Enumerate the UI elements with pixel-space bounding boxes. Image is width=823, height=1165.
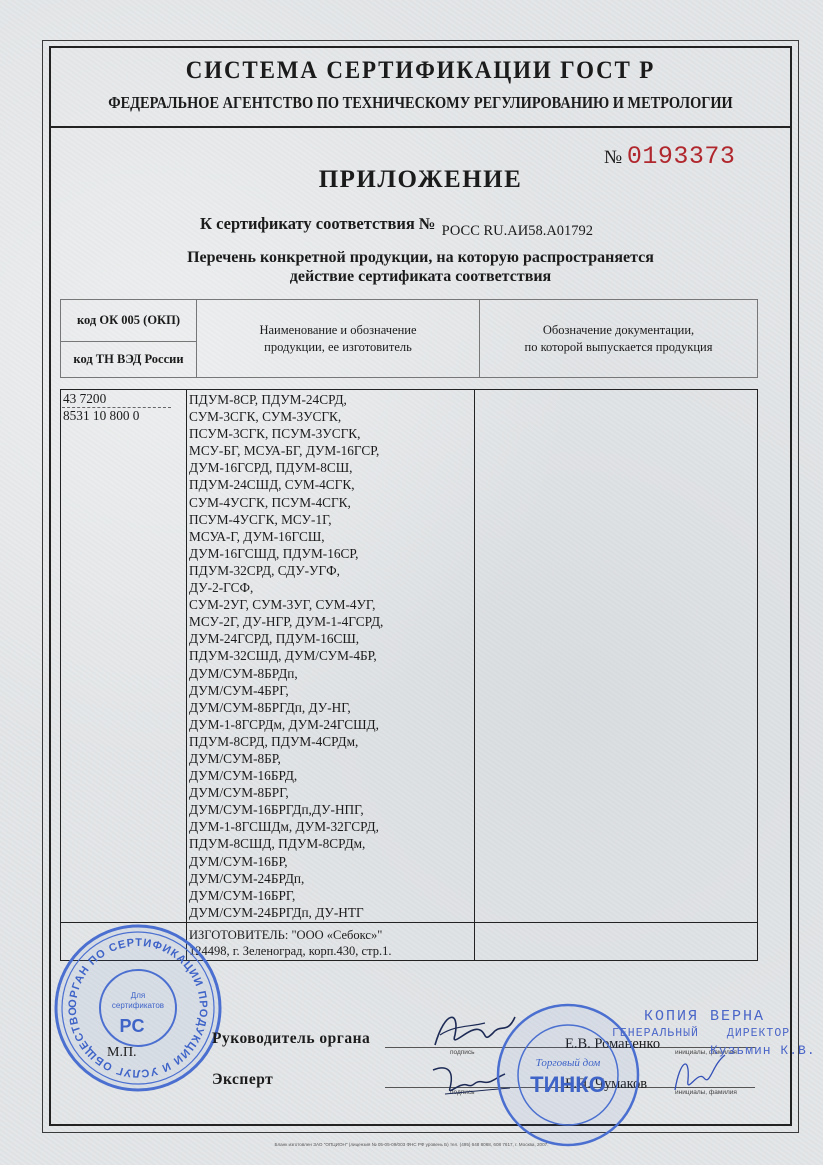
copy-stamp-position-a: ГЕНЕРАЛЬНЫЙ	[612, 1027, 699, 1040]
manufacturer-doc-cell	[475, 922, 758, 960]
list-item: ДУМ/СУМ-16БР,	[189, 853, 473, 870]
list-item: ДУМ/СУМ-8БРГДп, ДУ-НГ,	[189, 699, 473, 716]
certificate-label: К сертификату соответствия №	[200, 214, 436, 233]
list-item: ПДУМ-24СШД, СУМ-4СГК,	[189, 476, 473, 493]
list-item: ДУМ/СУМ-16БРГДп,ДУ-НПГ,	[189, 801, 473, 818]
list-item: ДУМ/СУМ-16БРД,	[189, 767, 473, 784]
list-item: ДУМ-16ГСШД, ПДУМ-16СР,	[189, 545, 473, 562]
list-item: ДУМ/СУМ-8БР,	[189, 750, 473, 767]
list-item: ПДУМ-8СРД, ПДУМ-4СРДм,	[189, 733, 473, 750]
list-item: МСУ-БГ, МСУА-БГ, ДУМ-16ГСР,	[189, 442, 473, 459]
system-title: СИСТЕМА СЕРТИФИКАЦИИ ГОСТ Р	[79, 57, 763, 85]
agency-name: ФЕДЕРАЛЬНОЕ АГЕНТСТВО ПО ТЕХНИЧЕСКОМУ РЕ…	[97, 93, 743, 113]
list-item: ДУМ-24ГСРД, ПДУМ-16СШ,	[189, 630, 473, 647]
list-item: ДУМ-1-8ГСРДм, ДУМ-24ГСШД,	[189, 716, 473, 733]
head-label: Руководитель органа	[212, 1030, 370, 1048]
list-title: Перечень конкретной продукции, на котору…	[49, 248, 792, 286]
documentation-cell	[475, 390, 758, 923]
svg-text:сертификатов: сертификатов	[112, 1001, 164, 1010]
list-item: ДУМ-1-8ГСШДм, ДУМ-32ГСРД,	[189, 818, 473, 835]
svg-text:ТИНКО: ТИНКО	[530, 1072, 606, 1097]
header-code-okp: код ОК 005 (ОКП)	[61, 300, 197, 342]
director-signature-icon	[670, 1050, 730, 1100]
certification-seal-icon: ОРГАН ПО СЕРТИФИКАЦИИ ПРОДУКЦИИ И УСЛУГ …	[52, 922, 224, 1094]
svg-text:PC: PC	[119, 1016, 144, 1036]
list-item: ДУМ/СУМ-8БРДп,	[189, 665, 473, 682]
list-title-line1: Перечень конкретной продукции, на котору…	[49, 248, 792, 267]
list-item: ДУМ/СУМ-24БРДп,	[189, 870, 473, 887]
svg-text:Для: Для	[131, 991, 145, 1000]
expert-label: Эксперт	[212, 1071, 273, 1089]
list-item: ДУМ-16ГСРД, ПДУМ-8СШ,	[189, 459, 473, 476]
list-item: ДУМ/СУМ-8БРГ,	[189, 784, 473, 801]
header-doc-line2: по которой выпускается продукция	[480, 339, 757, 356]
certificate-number: РОСС RU.АИ58.А01792	[442, 223, 593, 239]
table-header: код ОК 005 (ОКП) Наименование и обозначе…	[60, 299, 758, 378]
footer-imprint: Бланк изготовлен ЗАО "ОПЦИОН" (лицензия …	[0, 1142, 823, 1147]
list-item: МСУ-2Г, ДУ-НГР, ДУМ-1-4ГСРД,	[189, 613, 473, 630]
list-item: ДУ-2-ГСФ,	[189, 579, 473, 596]
copy-stamp-position: ГЕНЕРАЛЬНЫЙДИРЕКТОР	[612, 1025, 816, 1042]
products-cell: ПДУМ-8СР, ПДУМ-24СРД,СУМ-3СГК, СУМ-3УСГК…	[187, 390, 475, 923]
number-sign: №	[604, 147, 622, 168]
list-item: ПДУМ-8СШД, ПДУМ-8СРДм,	[189, 835, 473, 852]
copy-stamp-title: КОПИЯ ВЕРНА	[644, 1008, 816, 1025]
list-title-line2: действие сертификата соответствия	[49, 267, 792, 286]
header-code-tnved: код ТН ВЭД России	[61, 342, 197, 378]
header-documentation: Обозначение документации, по которой вып…	[480, 300, 758, 378]
list-item: ДУМ/СУМ-16БРГ,	[189, 887, 473, 904]
list-item: ПСУМ-3СГК, ПСУМ-3УСГК,	[189, 425, 473, 442]
list-item: ПСУМ-4УСГК, МСУ-1Г,	[189, 511, 473, 528]
table-row: 43 7200 8531 10 800 0 ПДУМ-8СР, ПДУМ-24С…	[61, 390, 758, 923]
seal-placeholder: М.П.	[107, 1045, 137, 1061]
header-product-name: Наименование и обозначение продукции, ее…	[197, 300, 480, 378]
header-product-line2: продукции, ее изготовитель	[197, 339, 479, 356]
manufacturer-address: 124498, г. Зеленоград, корп.430, стр.1.	[189, 943, 473, 959]
manufacturer-name: ИЗГОТОВИТЕЛЬ: "ООО «Себокс»"	[189, 927, 473, 943]
list-item: СУМ-4УСГК, ПСУМ-4СГК,	[189, 494, 473, 511]
document-title: ПРИЛОЖЕНИЕ	[49, 166, 792, 194]
svg-text:Торговый дом: Торговый дом	[536, 1057, 601, 1069]
code-tnved: 8531 10 800 0	[62, 408, 185, 424]
list-item: ПДУМ-8СР, ПДУМ-24СРД,	[189, 391, 473, 408]
list-item: ПДУМ-32СШД, ДУМ/СУМ-4БР,	[189, 647, 473, 664]
manufacturer-cell: ИЗГОТОВИТЕЛЬ: "ООО «Себокс»" 124498, г. …	[187, 922, 475, 960]
list-item: ДУМ/СУМ-24БРГДп, ДУ-НТГ	[189, 904, 473, 921]
list-item: ПДУМ-32СРД, СДУ-УГФ,	[189, 562, 473, 579]
products-list: ПДУМ-8СР, ПДУМ-24СРД,СУМ-3СГК, СУМ-3УСГК…	[189, 391, 473, 921]
copy-stamp-position-b: ДИРЕКТОР	[727, 1027, 790, 1040]
certificate-reference: К сертификату соответствия № РОСС RU.АИ5…	[200, 214, 593, 234]
list-item: МСУА-Г, ДУМ-16ГСШ,	[189, 528, 473, 545]
header-doc-line1: Обозначение документации,	[480, 322, 757, 339]
header-product-line1: Наименование и обозначение	[197, 322, 479, 339]
header-divider	[49, 126, 792, 128]
products-table: 43 7200 8531 10 800 0 ПДУМ-8СР, ПДУМ-24С…	[60, 389, 758, 961]
list-item: СУМ-3СГК, СУМ-3УСГК,	[189, 408, 473, 425]
list-item: СУМ-2УГ, СУМ-3УГ, СУМ-4УГ,	[189, 596, 473, 613]
codes-cell: 43 7200 8531 10 800 0	[61, 390, 187, 923]
list-item: ДУМ/СУМ-4БРГ,	[189, 682, 473, 699]
code-okp: 43 7200	[62, 391, 171, 408]
